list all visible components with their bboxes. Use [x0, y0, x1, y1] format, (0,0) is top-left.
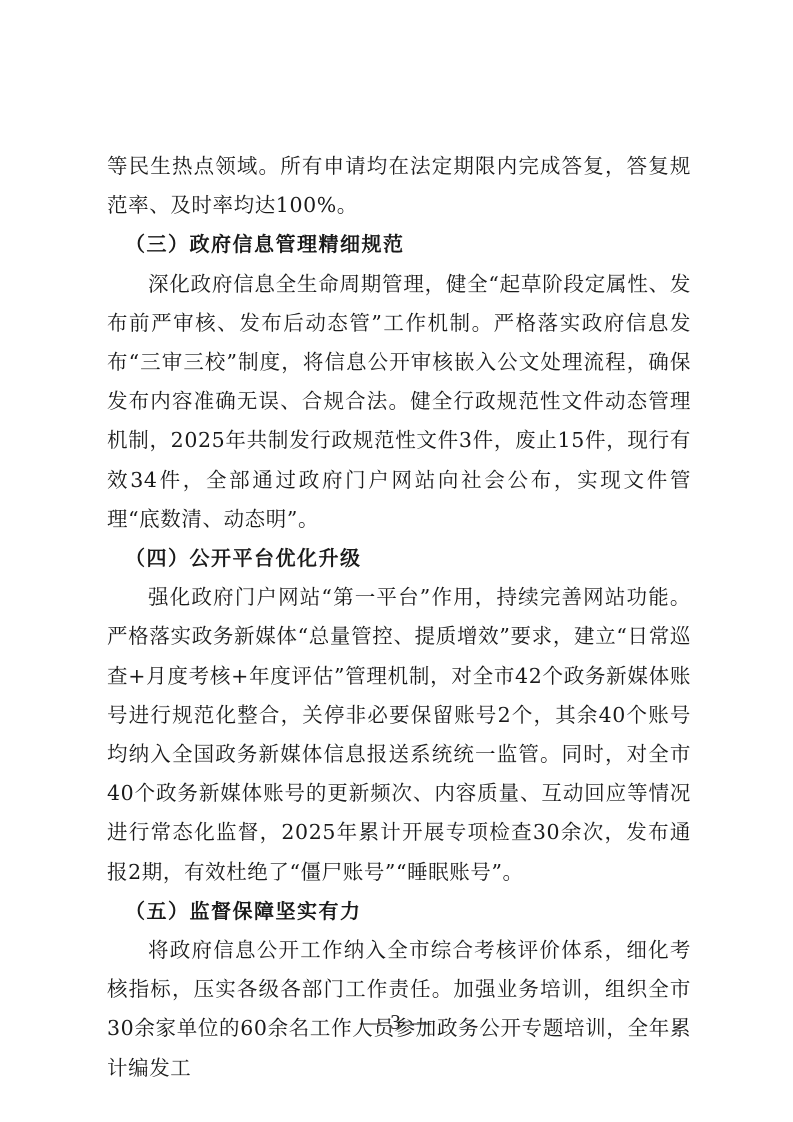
document-page: 等民生热点领域。所有申请均在法定期限内完成答复，答复规范率、及时率均达100%。…	[0, 0, 793, 1122]
section-heading-5: （五）监督保障坚实有力	[107, 892, 691, 931]
paragraph: 深化政府信息全生命周期管理，健全“起草阶段定属性、发布前严审核、发布后动态管”工…	[107, 265, 691, 539]
document-body: 等民生热点领域。所有申请均在法定期限内完成答复，答复规范率、及时率均达100%。…	[107, 147, 691, 1088]
section-heading-3: （三）政府信息管理精细规范	[107, 225, 691, 264]
page-number: — 3 —	[0, 1010, 793, 1035]
paragraph-continued: 等民生热点领域。所有申请均在法定期限内完成答复，答复规范率、及时率均达100%。	[107, 147, 691, 225]
paragraph: 强化政府门户网站“第一平台”作用，持续完善网站功能。严格落实政务新媒体“总量管控…	[107, 578, 691, 892]
section-heading-4: （四）公开平台优化升级	[107, 539, 691, 578]
